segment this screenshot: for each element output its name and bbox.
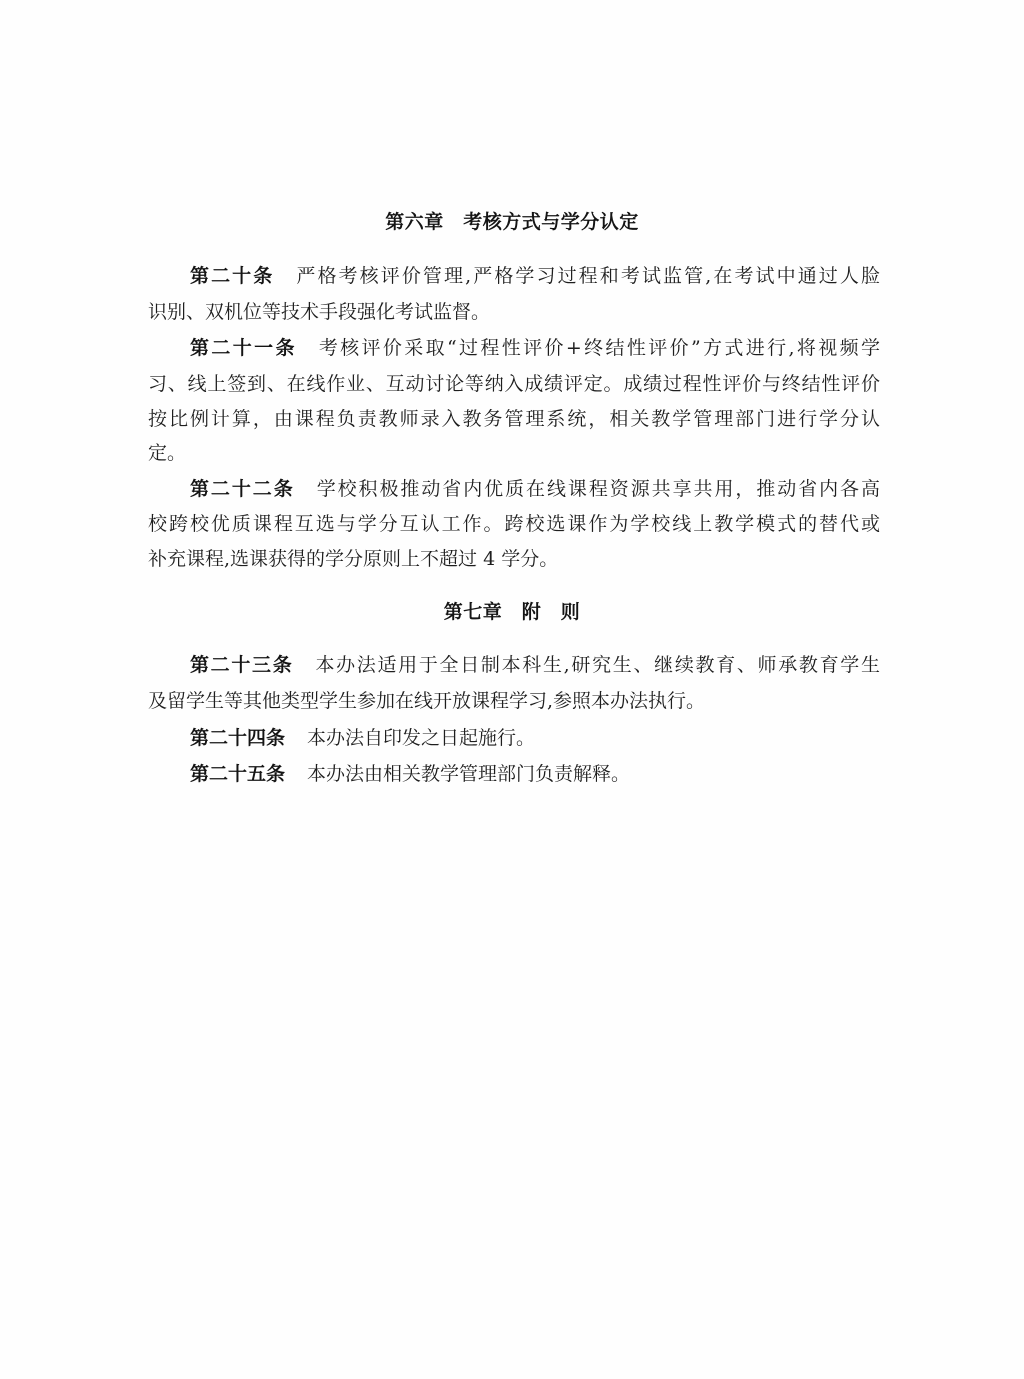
- article-23-label: 第二十三条: [190, 654, 293, 676]
- article-20-line-2: 识别、双机位等技术手段强化考试监督。: [148, 300, 880, 324]
- article-23-line-2: 及留学生等其他类型学生参加在线开放课程学习,参照本办法执行。: [148, 689, 880, 713]
- article-24-line-1: 第二十四条本办法自印发之日起施行。: [190, 726, 880, 750]
- article-23-text-1: 本办法适用于全日制本科生,研究生、继续教育、师承教育学生: [315, 654, 880, 676]
- article-25-text-1: 本办法由相关教学管理部门负责解释。: [307, 763, 630, 785]
- article-22-text-1: 学校积极推动省内优质在线课程资源共享共用，推动省内各高: [317, 478, 880, 500]
- article-20-label: 第二十条: [190, 265, 274, 287]
- article-21-line-2: 习、线上签到、在线作业、互动讨论等纳入成绩评定。成绩过程性评价与终结性评价: [148, 372, 880, 396]
- chapter-7-title: 第七章 附 则: [0, 600, 1024, 624]
- article-22-line-1: 第二十二条学校积极推动省内优质在线课程资源共享共用，推动省内各高: [190, 477, 880, 501]
- article-21-line-3: 按比例计算，由课程负责教师录入教务管理系统，相关教学管理部门进行学分认: [148, 407, 880, 431]
- article-21-line-4: 定。: [148, 441, 880, 465]
- chapter-6-title: 第六章 考核方式与学分认定: [0, 210, 1024, 234]
- article-24-text-1: 本办法自印发之日起施行。: [307, 727, 535, 749]
- article-25-label: 第二十五条: [190, 763, 285, 785]
- article-20-text-1: 严格考核评价管理,严格学习过程和考试监管,在考试中通过人脸: [296, 265, 880, 287]
- article-21-text-1: 考核评价采取“过程性评价+终结性评价”方式进行,将视频学: [319, 337, 880, 359]
- article-22-line-2: 校跨校优质课程互选与学分互认工作。跨校选课作为学校线上教学模式的替代或: [148, 512, 880, 536]
- article-22-label: 第二十二条: [190, 478, 295, 500]
- article-23-line-1: 第二十三条本办法适用于全日制本科生,研究生、继续教育、师承教育学生: [190, 653, 880, 677]
- article-21-label: 第二十一条: [190, 337, 297, 359]
- document-page: 第六章 考核方式与学分认定 第二十条严格考核评价管理,严格学习过程和考试监管,在…: [0, 0, 1024, 1379]
- article-24-label: 第二十四条: [190, 727, 285, 749]
- article-22-line-3: 补充课程,选课获得的学分原则上不超过 4 学分。: [148, 547, 880, 571]
- article-21-line-1: 第二十一条考核评价采取“过程性评价+终结性评价”方式进行,将视频学: [190, 336, 880, 360]
- article-25-line-1: 第二十五条本办法由相关教学管理部门负责解释。: [190, 762, 880, 786]
- article-20-line-1: 第二十条严格考核评价管理,严格学习过程和考试监管,在考试中通过人脸: [190, 264, 880, 288]
